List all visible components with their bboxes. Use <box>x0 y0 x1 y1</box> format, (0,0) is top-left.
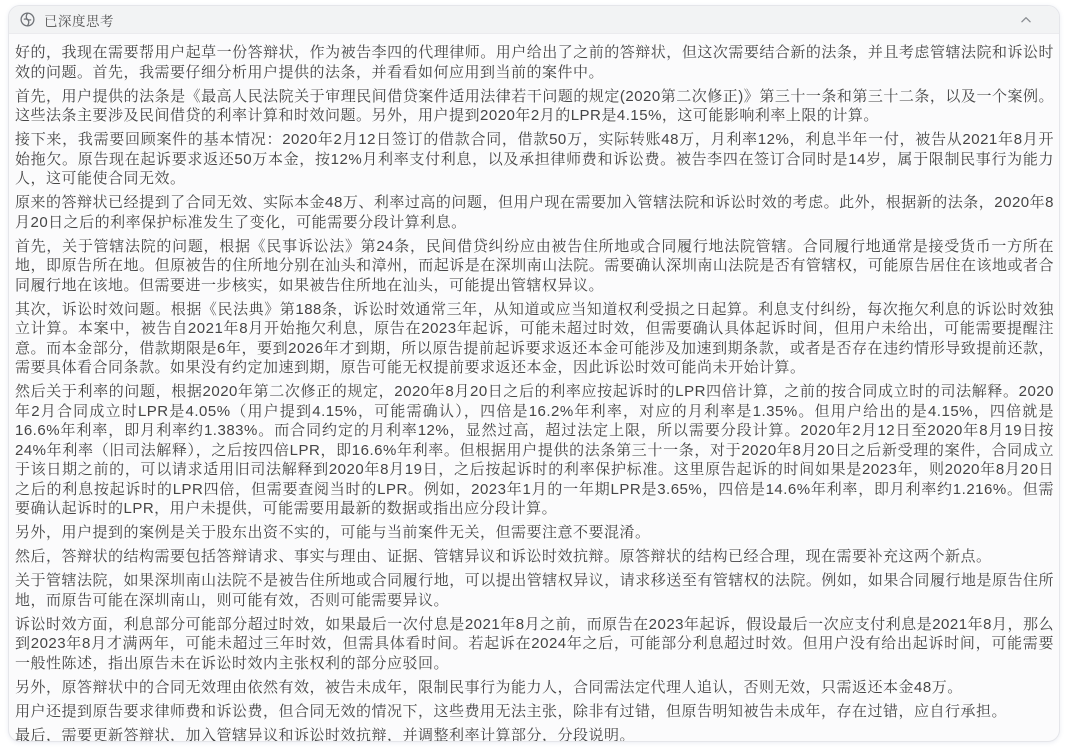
deepthink-spiral-icon <box>19 11 36 28</box>
thinking-paragraph: 最后，需要更新答辩状，加入管辖异议和诉讼时效抗辩，并调整利率计算部分，分段说明。 <box>15 726 1054 742</box>
thinking-paragraph: 接下来，我需要回顾案件的基本情况：2020年2月12日签订的借款合同，借款50万… <box>15 130 1054 189</box>
thinking-paragraph: 原来的答辩状已经提到了合同无效、实际本金48万、利率过高的问题，但用户现在需要加… <box>15 193 1054 232</box>
thinking-paragraph: 好的，我现在需要帮用户起草一份答辩状，作为被告李四的代理律师。用户给出了之前的答… <box>15 43 1054 82</box>
thinking-paragraph: 首先，关于管辖法院的问题，根据《民事诉讼法》第24条，民间借贷纠纷应由被告住所地… <box>15 237 1054 296</box>
thinking-paragraph: 另外，用户提到的案例是关于股东出资不实的，可能与当前案件无关，但需要注意不要混淆… <box>15 523 1054 543</box>
thinking-paragraph: 诉讼时效方面，利息部分可能部分超过时效，如果最后一次付息是2021年8月之前，而… <box>15 615 1054 674</box>
thinking-paragraph: 然后，答辩状的结构需要包括答辩请求、事实与理由、证据、管辖异议和诉讼时效抗辩。原… <box>15 547 1054 567</box>
thinking-paragraph: 然后关于利率的问题，根据2020年第二次修正的规定，2020年8月20日之后的利… <box>15 382 1054 519</box>
deep-thought-panel: 已深度思考 好的，我现在需要帮用户起草一份答辩状，作为被告李四的代理律师。用户给… <box>8 5 1060 742</box>
thinking-paragraph: 另外，原答辩状中的合同无效理由依然有效，被告未成年，限制民事行为能力人，合同需法… <box>15 678 1054 698</box>
thinking-content: 好的，我现在需要帮用户起草一份答辩状，作为被告李四的代理律师。用户给出了之前的答… <box>9 34 1059 741</box>
deep-thought-header[interactable]: 已深度思考 <box>9 6 1059 34</box>
thinking-paragraph: 其次，诉讼时效问题。根据《民法典》第188条，诉讼时效通常三年，从知道或应当知道… <box>15 300 1054 378</box>
chevron-up-icon[interactable] <box>1015 9 1037 31</box>
thinking-paragraph: 关于管辖法院，如果深圳南山法院不是被告住所地或合同履行地，可以提出管辖权异议，请… <box>15 571 1054 610</box>
deep-thought-title: 已深度思考 <box>44 10 114 30</box>
thinking-paragraph: 首先，用户提供的法条是《最高人民法院关于审理民间借贷案件适用法律若干问题的规定(… <box>15 87 1054 126</box>
thinking-paragraph: 用户还提到原告要求律师费和诉讼费，但合同无效的情况下，这些费用无法主张，除非有过… <box>15 702 1054 722</box>
